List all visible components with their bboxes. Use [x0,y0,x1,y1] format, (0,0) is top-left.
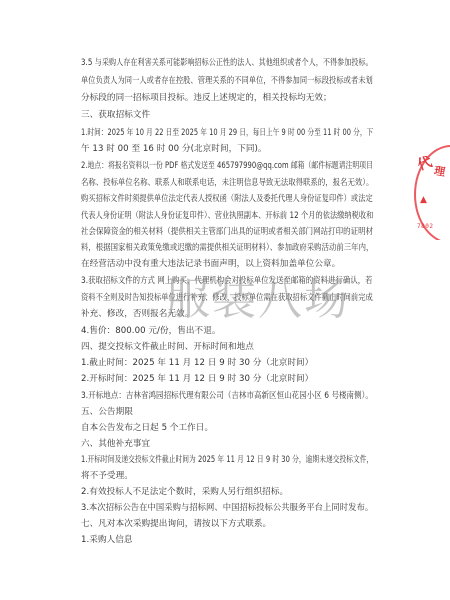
text-line: 1.时间：2025 年 10 月 22 日至 2025 年 10 月 29 日，… [81,128,373,139]
text-line: 六、其他补充事宜 [81,439,150,450]
text-line: 将不予受理。 [81,471,133,482]
text-line: 三、获取招标文件 [81,110,150,121]
text-line: 分标段的同一招标项目投标。违反上述规定的，相关投标均无效； [81,93,332,104]
text-line: 2.开标时间：2025 年 11 月 12 日 9 时 30 分（北京时间） [81,374,313,385]
text-line: 代表人身份证明（附法人身份证复印件）、营业执照副本、开标前 12 个月的依法缴纳… [81,211,373,222]
text-line: 在经营活动中没有重大违法记录书面声明，以上资料加盖单位公章。 [81,259,340,270]
text-line: 资料不全则及时告知投标单位进行补充、修改，投标单位需在获取招标文件截止时间前完成 [81,293,373,304]
text-line: 3.开标地点：吉林省鸿园招标代理有限公司（吉林市高新区恒山花园小区 6 号楼南侧… [81,391,373,402]
seal-number: 7802 [417,223,433,230]
company-seal-stamp: 代 理 ▲ 7802 [412,145,450,240]
text-line: 3.获取招标文件的方式 网上购买，代理机构会对投标单位发送至邮箱的资料进行确认，… [81,276,373,287]
text-line: 1.开标时间及递交投标文件截止时间为 2025 年 11 月 12 日 9 时 … [81,455,373,466]
text-line: 2.地点：将报名资料以一份 PDF 格式发送至 465797990@qq.com… [81,161,373,172]
text-line: 补充、修改，否则报名无效。 [81,309,193,320]
text-line: 四、提交投标文件截止时间、开标时间和地点 [81,342,254,353]
text-line: 1.截止时间：2025 年 11 月 12 日 9 时 30 分（北京时间） [81,358,313,369]
text-line: 午 13 时 00 至 16 时 00 分(北京时间，下同)。 [81,144,267,155]
seal-star-icon: ▲ [420,193,427,207]
text-line: 3.本次招标公告在中国采购与招标网、中国招标投标公共服务平台上同时发布。 [81,503,373,514]
text-line: 1.采购人信息 [81,535,133,546]
text-line: 2.有效投标人不足法定个数时，采购人另行组织招标。 [81,487,288,498]
text-line: 名称、投标单位名称、联系人和联系电话，未注明信息导致无法取得联系的，报名无效）。 [81,178,373,189]
text-line: 单位负责人为同一人或者存在控股、管理关系的不同单位，不得参加同一标段投标或者未划 [81,76,373,87]
text-line: 五、公告期限 [81,407,133,418]
text-line: 4.售价：800.00 元/份，售出不退。 [81,326,220,337]
text-line: 自本公告发布之日起 5 个工作日。 [81,423,213,434]
text-line: 社会保障资金的相关材料（提供相关主管部门出具的证明或者相关部门网站打印的证明材 [81,227,373,238]
text-line: 七、凡对本次采购提出询问，请按以下方式联系。 [81,519,271,530]
text-line: 料，根据国家相关政策免缴或迟缴的需提供相关证明材料）、参加政府采购活动前三年内， [81,243,373,254]
text-line: 购买招标文件时须提供单位法定代表人授权函（附法人及委托代理人身份证复印件）或法定 [81,194,373,205]
document-page: 3.5 与采购人存在利害关系可能影响招标公正性的法人、其他组织或者个人，不得参加… [0,0,450,600]
text-line: 3.5 与采购人存在利害关系可能影响招标公正性的法人、其他组织或者个人，不得参加… [81,58,373,69]
